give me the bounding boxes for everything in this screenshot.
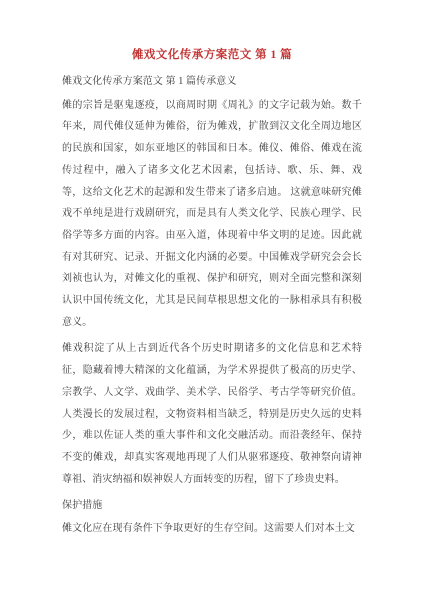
text-line: 戏不单纯是进行戏剧研究，而是具有人类文化学、民族心理学、民 — [62, 203, 362, 225]
text-line: 人类漫长的发展过程，文物资料相当缺乏，特别是历史久远的史料 — [62, 404, 362, 426]
text-line: 征，隐藏着博大精深的文化蕴涵，为学术界提供了极高的历史学、 — [62, 360, 362, 382]
document-page: 傩戏文化传承方案范文 第 1 篇 傩戏文化传承方案范文 第 1 篇传承意义傩的宗… — [0, 0, 424, 600]
text-line: 不变的傩戏，却真实客观地再现了人们从驱邪逐疫、敬神祭向请神 — [62, 447, 362, 469]
text-line: 尊祖、消灾纳福和娱神娱人方面转变的历程，留下了珍贵史料。 — [62, 469, 362, 491]
text-line: 传过程中，融入了诸多文化艺术因素，包括诗、歌、乐、舞、戏 — [62, 160, 362, 182]
paragraph: 傩文化应在现有条件下争取更好的生存空间。这需要人们对本土文 — [62, 518, 362, 540]
paragraph: 傩的宗旨是驱鬼逐疫，以商周时期《周礼》的文字记载为始。数千年来，周代傩仪延伸为傩… — [62, 95, 362, 334]
text-line: 意义。 — [62, 312, 362, 334]
text-line: 年来，周代傩仪延伸为傩俗，衍为傩戏，扩散到汉文化全周边地区 — [62, 116, 362, 138]
text-line: 傩戏文化传承方案范文 第 1 篇传承意义 — [62, 71, 362, 93]
document-title: 傩戏文化传承方案范文 第 1 篇 — [62, 47, 362, 63]
text-line: 宗教学、人文学、戏曲学、美术学、民俗学、考古学等研究价值。 — [62, 382, 362, 404]
text-line: 傩戏积淀了从上古到近代各个历史时期诸多的文化信息和艺术特 — [62, 338, 362, 360]
text-line: 刘祯也认为，对傩文化的重视、保护和研究，则对全面完整和深刻 — [62, 268, 362, 290]
text-line: 傩的宗旨是驱鬼逐疫，以商周时期《周礼》的文字记载为始。数千 — [62, 95, 362, 117]
document-body: 傩戏文化传承方案范文 第 1 篇 傩戏文化传承方案范文 第 1 篇传承意义傩的宗… — [62, 47, 362, 545]
subtitle: 傩戏文化传承方案范文 第 1 篇传承意义 — [62, 71, 362, 93]
document-blocks: 傩戏文化传承方案范文 第 1 篇传承意义傩的宗旨是驱鬼逐疫，以商周时期《周礼》的… — [62, 71, 362, 540]
text-line: 有对其研究、记录、开掘文化内涵的必要。中国傩戏学研究会会长 — [62, 247, 362, 269]
section-heading: 保护措施 — [62, 495, 362, 517]
text-line: 俗学等多方面的内容。由巫入道，体现着中华文明的足迹。因此就 — [62, 225, 362, 247]
text-line: 少，难以佐证人类的重大事件和文化交融活动。而沿袭经年、保持 — [62, 425, 362, 447]
text-line: 傩文化应在现有条件下争取更好的生存空间。这需要人们对本土文 — [62, 518, 362, 540]
text-line: 保护措施 — [62, 495, 362, 517]
text-line: 等，这给文化艺术的起源和发生带来了诸多启迪。 这就意味研究傩 — [62, 182, 362, 204]
text-line: 的民族和国家，如东亚地区的韩国和日本。傩仪、傩俗、傩戏在流 — [62, 138, 362, 160]
paragraph: 傩戏积淀了从上古到近代各个历史时期诸多的文化信息和艺术特征，隐藏着博大精深的文化… — [62, 338, 362, 490]
text-line: 认识中国传统文化，尤其是民间草根思想文化的一脉相承具有积极 — [62, 290, 362, 312]
